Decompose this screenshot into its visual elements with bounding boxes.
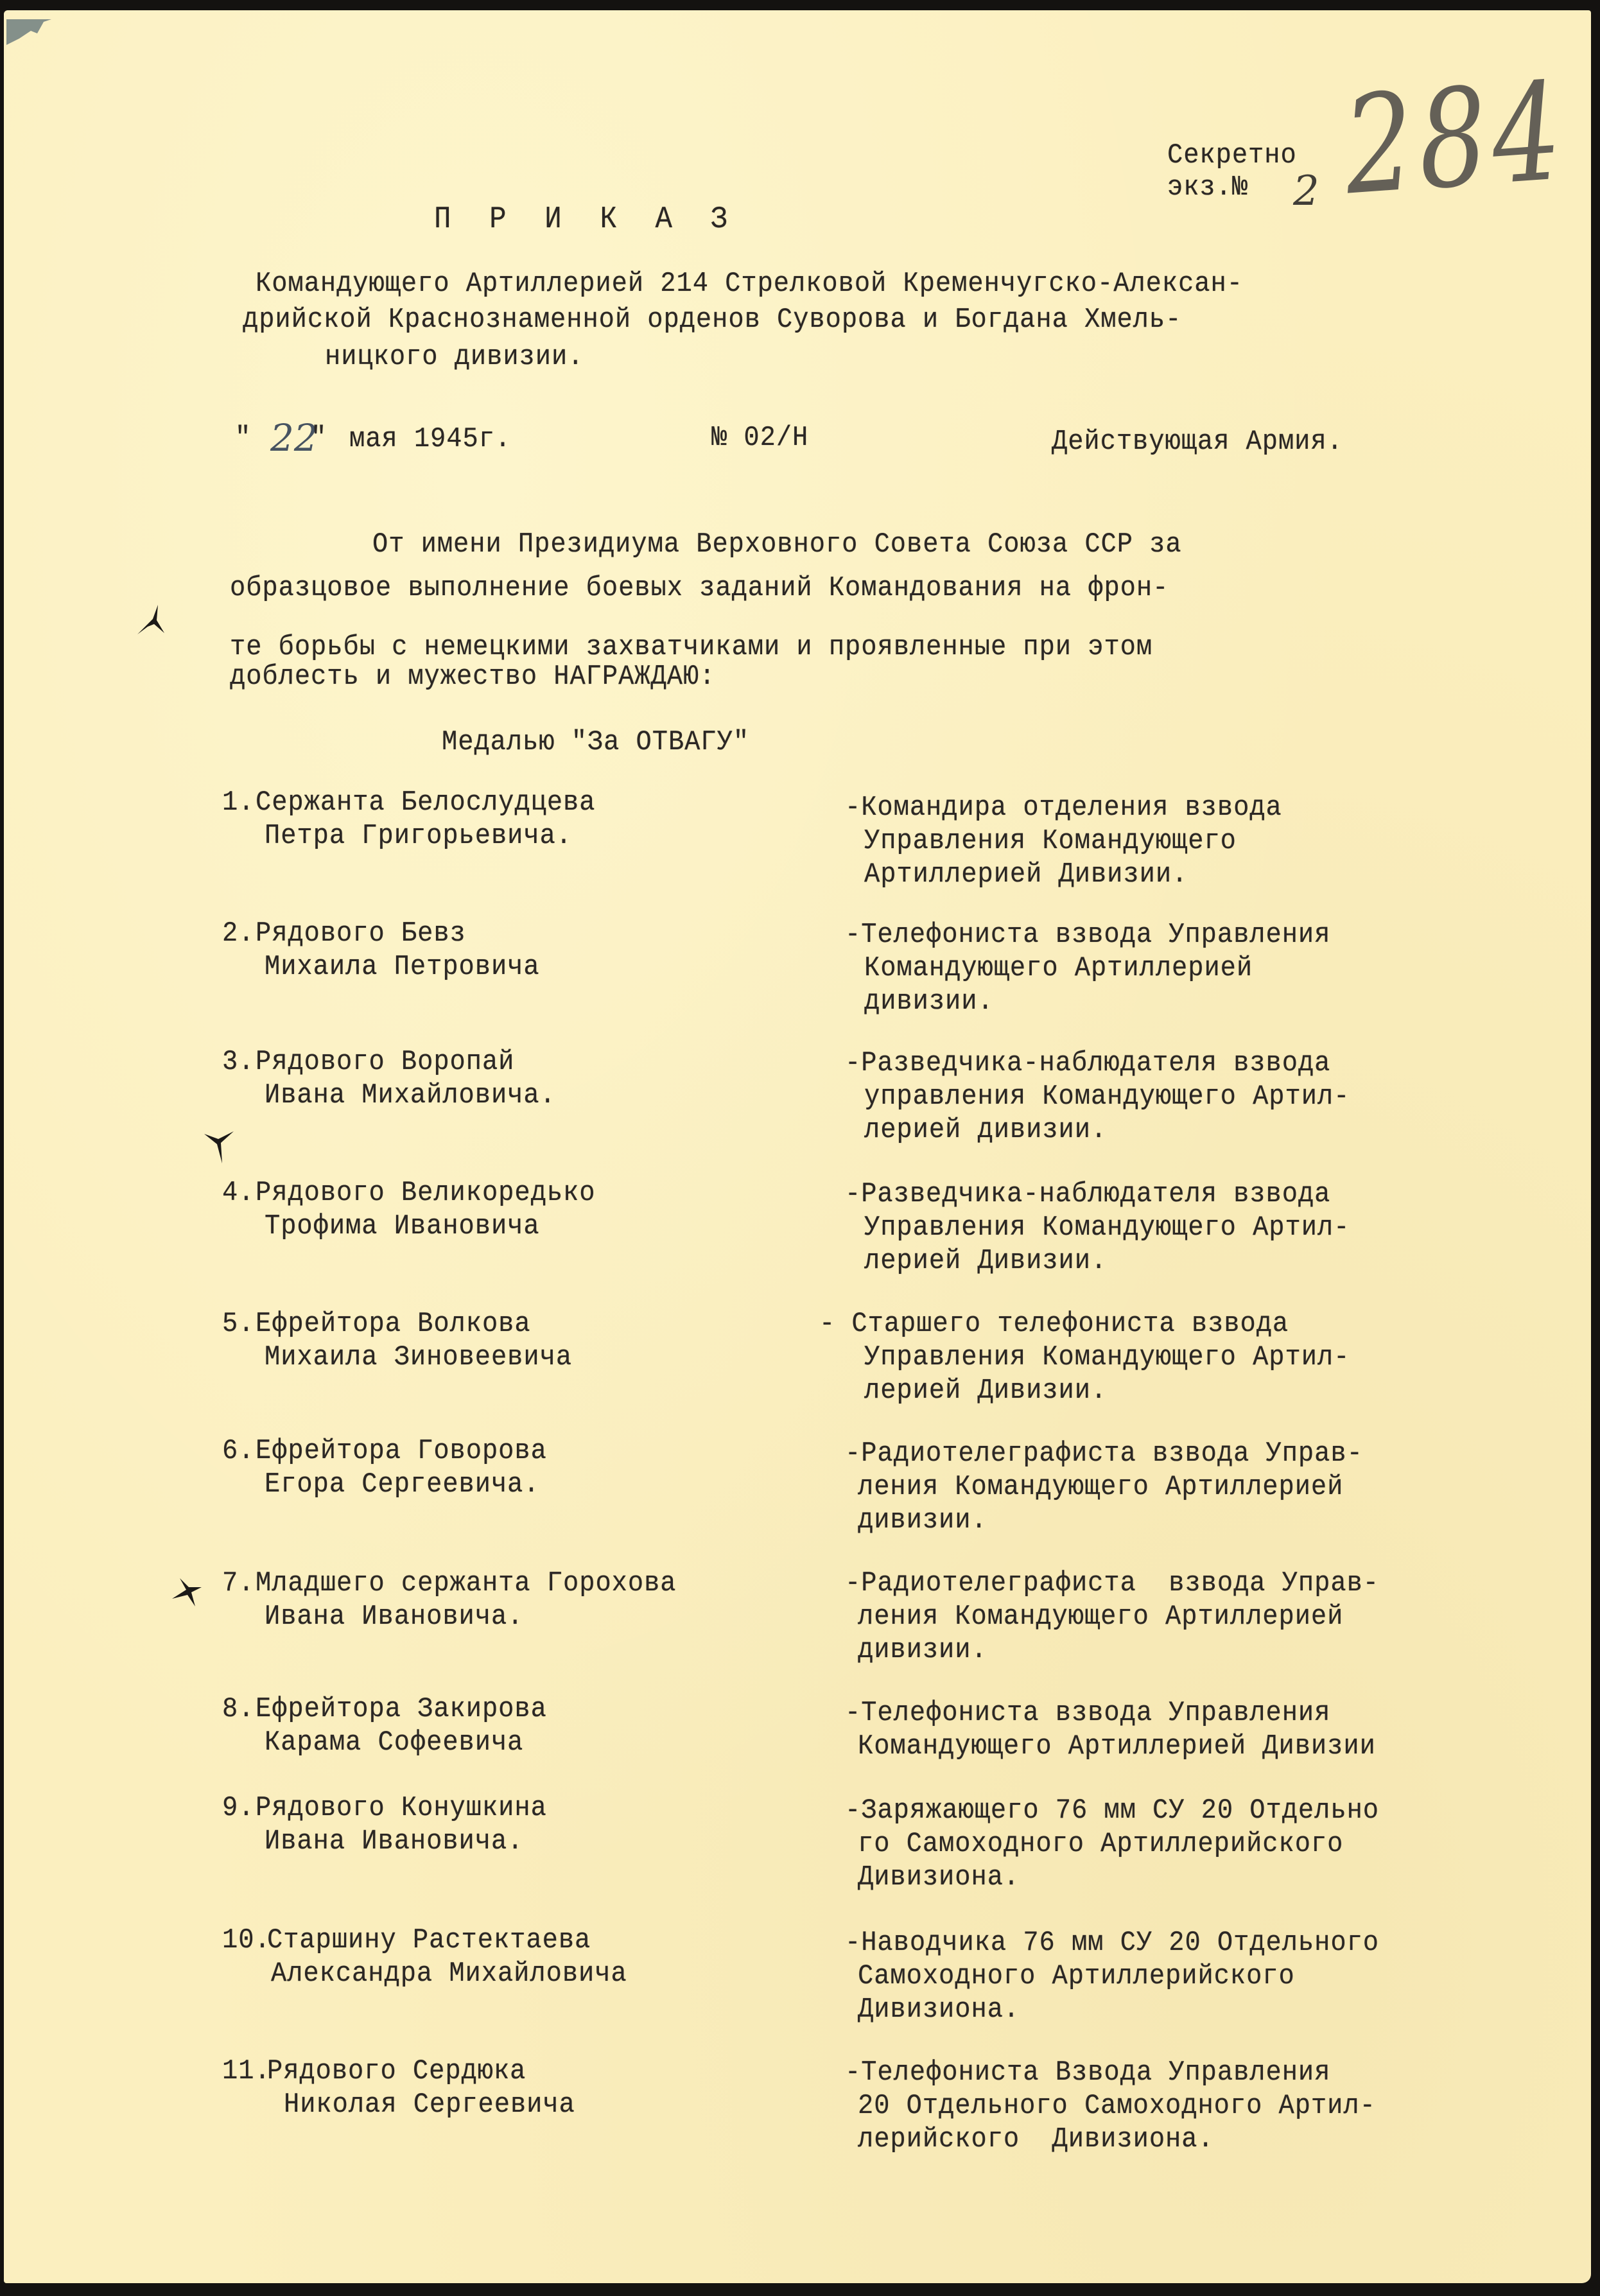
recipient-number: 4. (222, 1176, 254, 1210)
recipient-position-line: Дивизиона. (858, 1861, 1020, 1894)
recipient-position-line: лерийского Дивизиона. (858, 2123, 1214, 2156)
recipient-name-line: Петра Григорьевича. (265, 819, 572, 853)
order-number: № 02/Н (711, 421, 808, 455)
recipient-position-line: лерией дивизии. (864, 1113, 1107, 1147)
copy-number-handwritten: 2 (1293, 168, 1319, 215)
recipient-number: 6. (222, 1434, 254, 1468)
recipient-position-line: ления Командующего Артиллерией (858, 1470, 1343, 1504)
recipient-position-line: -Разведчика-наблюдателя взвода (845, 1178, 1330, 1211)
recipient-number: 9. (222, 1791, 254, 1825)
recipient-position-line: Командующего Артиллерией Дивизии (858, 1730, 1376, 1763)
recipient-position-line: -Заряжающего 76 мм СУ 20 Отдельно (845, 1794, 1379, 1827)
recipient-position-line: Самоходного Артиллерийского (858, 1960, 1295, 1993)
recipient-position-line: -Радиотелеграфиста взвода Управ- (845, 1437, 1363, 1470)
recipient-position-line: - Старшего телефониста взвода (819, 1307, 1289, 1341)
binding-hole-mark (200, 1127, 239, 1166)
preamble-line-1: От имени Президиума Верховного Совета Со… (372, 528, 1182, 561)
recipient-name-line: Рядового Сердюка (267, 2055, 526, 2088)
recipient-name-line: Младшего сержанта Горохова (256, 1567, 677, 1600)
recipient-name-line: Рядового Бевз (256, 917, 466, 950)
recipient-position-line: Управления Командующего Артил- (864, 1211, 1350, 1244)
recipient-position-line: дивизии. (858, 1504, 987, 1537)
recipient-name-line: Ефрейтора Закирова (256, 1692, 547, 1726)
preamble-line-2: образцовое выполнение боевых заданий Ком… (230, 571, 1169, 605)
recipient-position-line: лерией Дивизии. (864, 1374, 1107, 1407)
recipient-position-line: Управления Командующего Артил- (864, 1341, 1350, 1374)
recipient-name-line: Михаила Зиновеевича (265, 1341, 572, 1374)
recipient-position-line: -Радиотелеграфиста взвода Управ- (845, 1567, 1379, 1600)
recipient-name-line: Старшину Растектаева (267, 1924, 591, 1957)
secrecy-label: Секретно (1167, 139, 1297, 172)
recipient-name-line: Трофима Ивановича (265, 1210, 540, 1243)
recipient-name-line: Рядового Великоредько (256, 1176, 595, 1210)
recipient-name-line: Рядового Конушкина (256, 1791, 547, 1825)
date-month-year: мая 1945г. (349, 422, 511, 456)
issuer-line-1: Командующего Артиллерией 214 Стрелковой … (256, 267, 1243, 300)
recipient-name-line: Ивана Михайловича. (265, 1079, 556, 1112)
issuer-line-3: ницкого дивизии. (325, 340, 584, 374)
recipient-position-line: управления Командующего Артил- (864, 1080, 1350, 1113)
date-open-quote: " (235, 421, 251, 455)
recipient-position-line: го Самоходного Артиллерийского (858, 1827, 1343, 1861)
location: Действующая Армия. (1052, 425, 1343, 458)
preamble-line-3: те борьбы с немецкими захватчиками и про… (230, 631, 1152, 664)
recipient-position-line: Дивизиона. (858, 1993, 1020, 2026)
recipient-position-line: -Наводчика 76 мм СУ 20 Отдельного (845, 1926, 1379, 1960)
recipient-number: 2. (222, 917, 254, 950)
document-page: Секретно экз.№ 2 284 П Р И К А З Команду… (4, 10, 1591, 2283)
recipient-number: 8. (222, 1692, 254, 1726)
recipient-position-line: 20 Отдельного Самоходного Артил- (858, 2089, 1376, 2123)
recipient-position-line: лерией Дивизии. (864, 1244, 1107, 1278)
recipient-position-line: -Командира отделения взвода (845, 791, 1282, 824)
recipient-number: 10. (222, 1924, 271, 1957)
recipient-name-line: Егора Сергеевича. (265, 1468, 540, 1501)
recipient-position-line: Командующего Артиллерией (864, 952, 1253, 985)
recipient-name-line: Михаила Петровича (265, 950, 540, 984)
award-title: Медалью "За ОТВАГУ" (442, 726, 749, 759)
recipient-position-line: Артиллерией Дивизии. (864, 858, 1188, 891)
recipient-position-line: -Телефониста взвода Управления (845, 1696, 1330, 1730)
binding-hole-mark (134, 601, 172, 639)
recipient-position-line: дивизии. (858, 1633, 987, 1667)
binding-hole-mark (167, 1573, 205, 1612)
recipient-name-line: Николая Сергеевича (284, 2088, 575, 2121)
recipient-position-line: -Разведчика-наблюдателя взвода (845, 1047, 1330, 1080)
issuer-line-2: дрийской Краснознаменной орденов Суворов… (243, 303, 1181, 336)
recipient-name-line: Ивана Ивановича. (265, 1600, 523, 1633)
folio-number-handwritten: 284 (1339, 53, 1571, 225)
recipient-name-line: Александра Михайловича (271, 1957, 627, 1990)
recipient-name-line: Ивана Ивановича. (265, 1825, 523, 1858)
recipient-number: 7. (222, 1567, 254, 1600)
document-title: П Р И К А З (434, 203, 738, 236)
recipient-position-line: Управления Командующего (864, 824, 1237, 858)
recipient-name-line: Ефрейтора Говорова (256, 1434, 547, 1468)
recipient-name-line: Ефрейтора Волкова (256, 1307, 531, 1341)
torn-corner-mark (6, 19, 51, 51)
recipient-number: 3. (222, 1045, 254, 1079)
copy-label: экз.№ (1167, 171, 1248, 204)
recipient-number: 11. (222, 2055, 271, 2088)
recipient-position-line: -Телефониста Взвода Управления (845, 2056, 1330, 2089)
recipient-number: 1. (222, 786, 254, 819)
date-close-quote: " (311, 421, 327, 455)
recipient-name-line: Рядового Воропай (256, 1045, 514, 1079)
preamble-line-4: доблесть и мужество НАГРАЖДАЮ: (230, 660, 715, 693)
recipient-position-line: -Телефониста взвода Управления (845, 918, 1330, 952)
recipient-position-line: ления Командующего Артиллерией (858, 1600, 1343, 1633)
recipient-name-line: Сержанта Белослудцева (256, 786, 595, 819)
recipient-number: 5. (222, 1307, 254, 1341)
recipient-position-line: дивизии. (864, 985, 994, 1018)
recipient-name-line: Карама Софеевича (265, 1726, 523, 1759)
